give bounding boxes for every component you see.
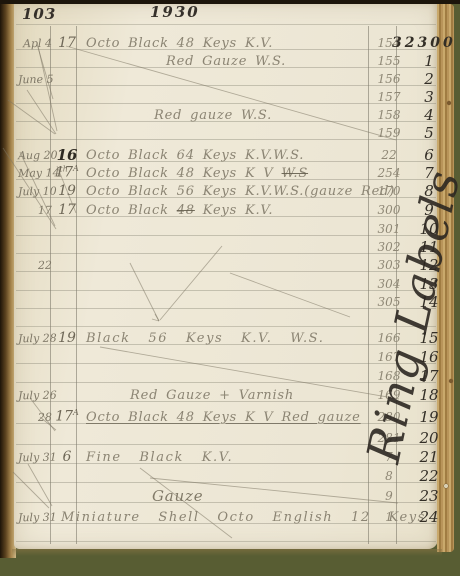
ledger-row: 301 10 [16,219,436,236]
entry-serial-number: 301 [368,222,410,237]
entry-serial-number: 169 [368,388,410,403]
folio-number: 103 [22,5,56,23]
ledger-row: 304 13 [16,274,436,291]
entry-quantity: 19 [54,184,80,199]
ledger-row: 8 22 [16,466,436,483]
ledger-row: Red gauze W.S. 158 4 [16,105,436,122]
ledger-row: 281 20 [16,428,436,445]
entry-date: 28 [18,410,52,426]
entry-date: 22 [18,258,52,274]
ledger-row: June 5 156 2 [16,69,436,86]
entry-tally-number: 11 [406,240,452,255]
entry-tally-number: 12 [406,258,452,273]
book-top-edge [0,0,460,4]
ledger-row: Apl 4 17 Octo Black 48 Keys K.V. 154 323… [16,33,436,50]
entry-tally-number: 9 [406,203,452,218]
entry-description: Red Gauze + Varnish [130,388,294,403]
entry-serial-number: 302 [368,240,410,255]
entry-quantity: 19 [54,331,80,346]
entry-date: July 31 [18,510,52,526]
entry-tally-number: 14 [406,295,452,310]
entry-serial-number: 9 [368,489,410,504]
entry-serial-number: 280 [368,410,410,425]
entry-quantity: 17 [54,36,80,51]
entry-tally-number: 16 [406,350,452,365]
ledger-row: 302 11 [16,237,436,254]
ledger-row: 157 3 [16,87,436,104]
entry-description: Red Gauze W.S. [166,54,286,69]
ledger-row: 28 17A Octo Black 48 Keys K V Red gauze … [16,407,436,424]
ledger-row: 305 14 [16,292,436,309]
ledger-row: July 26 Red Gauze + Varnish 169 18 [16,385,436,402]
entry-tally-number: 17 [406,369,452,384]
entry-serial-number: 254 [368,166,410,181]
entry-tally-number: 6 [406,148,452,163]
entry-serial-number: 7 [368,450,410,465]
ledger-row: July 31 6 Fine Black K.V. 7 21 [16,447,436,464]
entry-tally-number: 8 [406,184,452,199]
ledger-row: 167 16 [16,347,436,364]
entry-serial-number: 157 [368,90,410,105]
entry-serial-number: 281 [368,431,410,446]
entry-quantity: 17A [54,161,80,181]
entry-tally-number: 22 [406,469,452,484]
ledger-row: 22 303 12 [16,255,436,272]
ledger-row: 17 17 Octo Black 48 Keys K.V. 300 9 [16,200,436,217]
ruled-line [16,541,436,542]
entry-serial-number: 303 [368,258,410,273]
ledger-row: July 10 19 Octo Black 56 Keys K.V.W.S.(g… [16,181,436,198]
entry-date: Apl 4 [18,36,52,52]
ledger-row: Red Gauze W.S. 155 1 [16,51,436,68]
entry-serial-number: 167 [368,350,410,365]
entry-serial-number: 155 [368,54,410,69]
entry-tally-number: 1 [406,54,452,69]
ledger-row: July 28 19 Black 56 Keys K.V. W.S. 166 1… [16,328,436,345]
ledger-row: May 14th 17A Octo Black 48 Keys K V W.S … [16,163,436,180]
entry-tally-number: 21 [406,450,452,465]
ledger-row: July 31 Miniature Shell Octo English 12 … [16,507,436,524]
entry-description: Black 56 Keys K.V. W.S. [86,331,324,346]
entry-tally-number: 5 [406,126,452,141]
entry-tally-number: 19 [406,410,452,425]
entry-serial-number: 22 [368,148,410,163]
entry-description: Gauze [152,489,203,504]
entry-description: Red gauze W.S. [154,108,272,123]
entry-serial-number: 166 [368,331,410,346]
entry-date: July 26 [18,388,52,404]
entry-description: Octo Black 64 Keys K.V.W.S. [86,148,304,163]
ledger-row: 159 5 [16,123,436,140]
ruled-line [16,24,436,25]
entry-tally-number: 3 [406,90,452,105]
entry-date: July 10 [18,184,52,200]
entry-description: Fine Black K.V. [86,450,233,465]
entry-serial-number: 300 [368,203,410,218]
entry-serial-number: 168 [368,369,410,384]
entry-date: July 28 [18,331,52,347]
ledger-row: Gauze 9 23 [16,486,436,503]
entry-tally-number: 23 [406,489,452,504]
entry-serial-number: 8 [368,469,410,484]
entry-tally-number: 4 [406,108,452,123]
entry-date: July 31 [18,450,52,466]
entry-serial-number: 1 [368,510,410,525]
entry-quantity: 6 [54,450,80,465]
entry-serial-number: 156 [368,72,410,87]
entry-tally-number: 13 [406,277,452,292]
entry-description: Octo Black 48 Keys K V Red gauze [86,410,361,425]
entry-date: May 14th [18,162,52,181]
entry-description: Octo Black 56 Keys K.V.W.S.(gauze Red) [86,184,395,199]
entry-date: 17 [18,203,52,219]
entry-serial-number: 158 [368,108,410,123]
entry-tally-number: 7 [406,166,452,181]
entry-tally-number: 15 [406,331,452,346]
entry-tally-number: 24 [406,510,452,525]
scanned-ledger-photo: 103 1930 Apl 4 17 Octo Black 48 Keys K.V… [0,0,460,576]
entry-tally-number: 20 [406,431,452,446]
ruled-line [16,326,436,327]
entry-description: Octo Black 48 Keys K.V. [86,203,273,218]
entry-quantity: 17 [54,203,80,218]
entry-date: June 5 [18,72,52,88]
entry-tally-number: 2 [406,72,452,87]
entry-tally-number: 10 [406,222,452,237]
entry-description: Octo Black 48 Keys K V W.S [86,166,308,181]
entry-serial-number: 304 [368,277,410,292]
page-bottom-shadow [12,549,442,556]
entry-tally-number: 32300 [392,36,454,51]
entry-serial-number: 159 [368,126,410,141]
entry-serial-number: 170 [368,184,410,199]
entry-tally-number: 18 [406,388,452,403]
entry-description: Octo Black 48 Keys K.V. [86,36,273,51]
ledger-row: 168 17 [16,366,436,383]
entry-quantity: 17A [54,405,80,425]
year-heading: 1930 [150,3,200,21]
ledger-row: Aug 20 16 Octo Black 64 Keys K.V.W.S. 22… [16,145,436,162]
entry-serial-number: 305 [368,295,410,310]
